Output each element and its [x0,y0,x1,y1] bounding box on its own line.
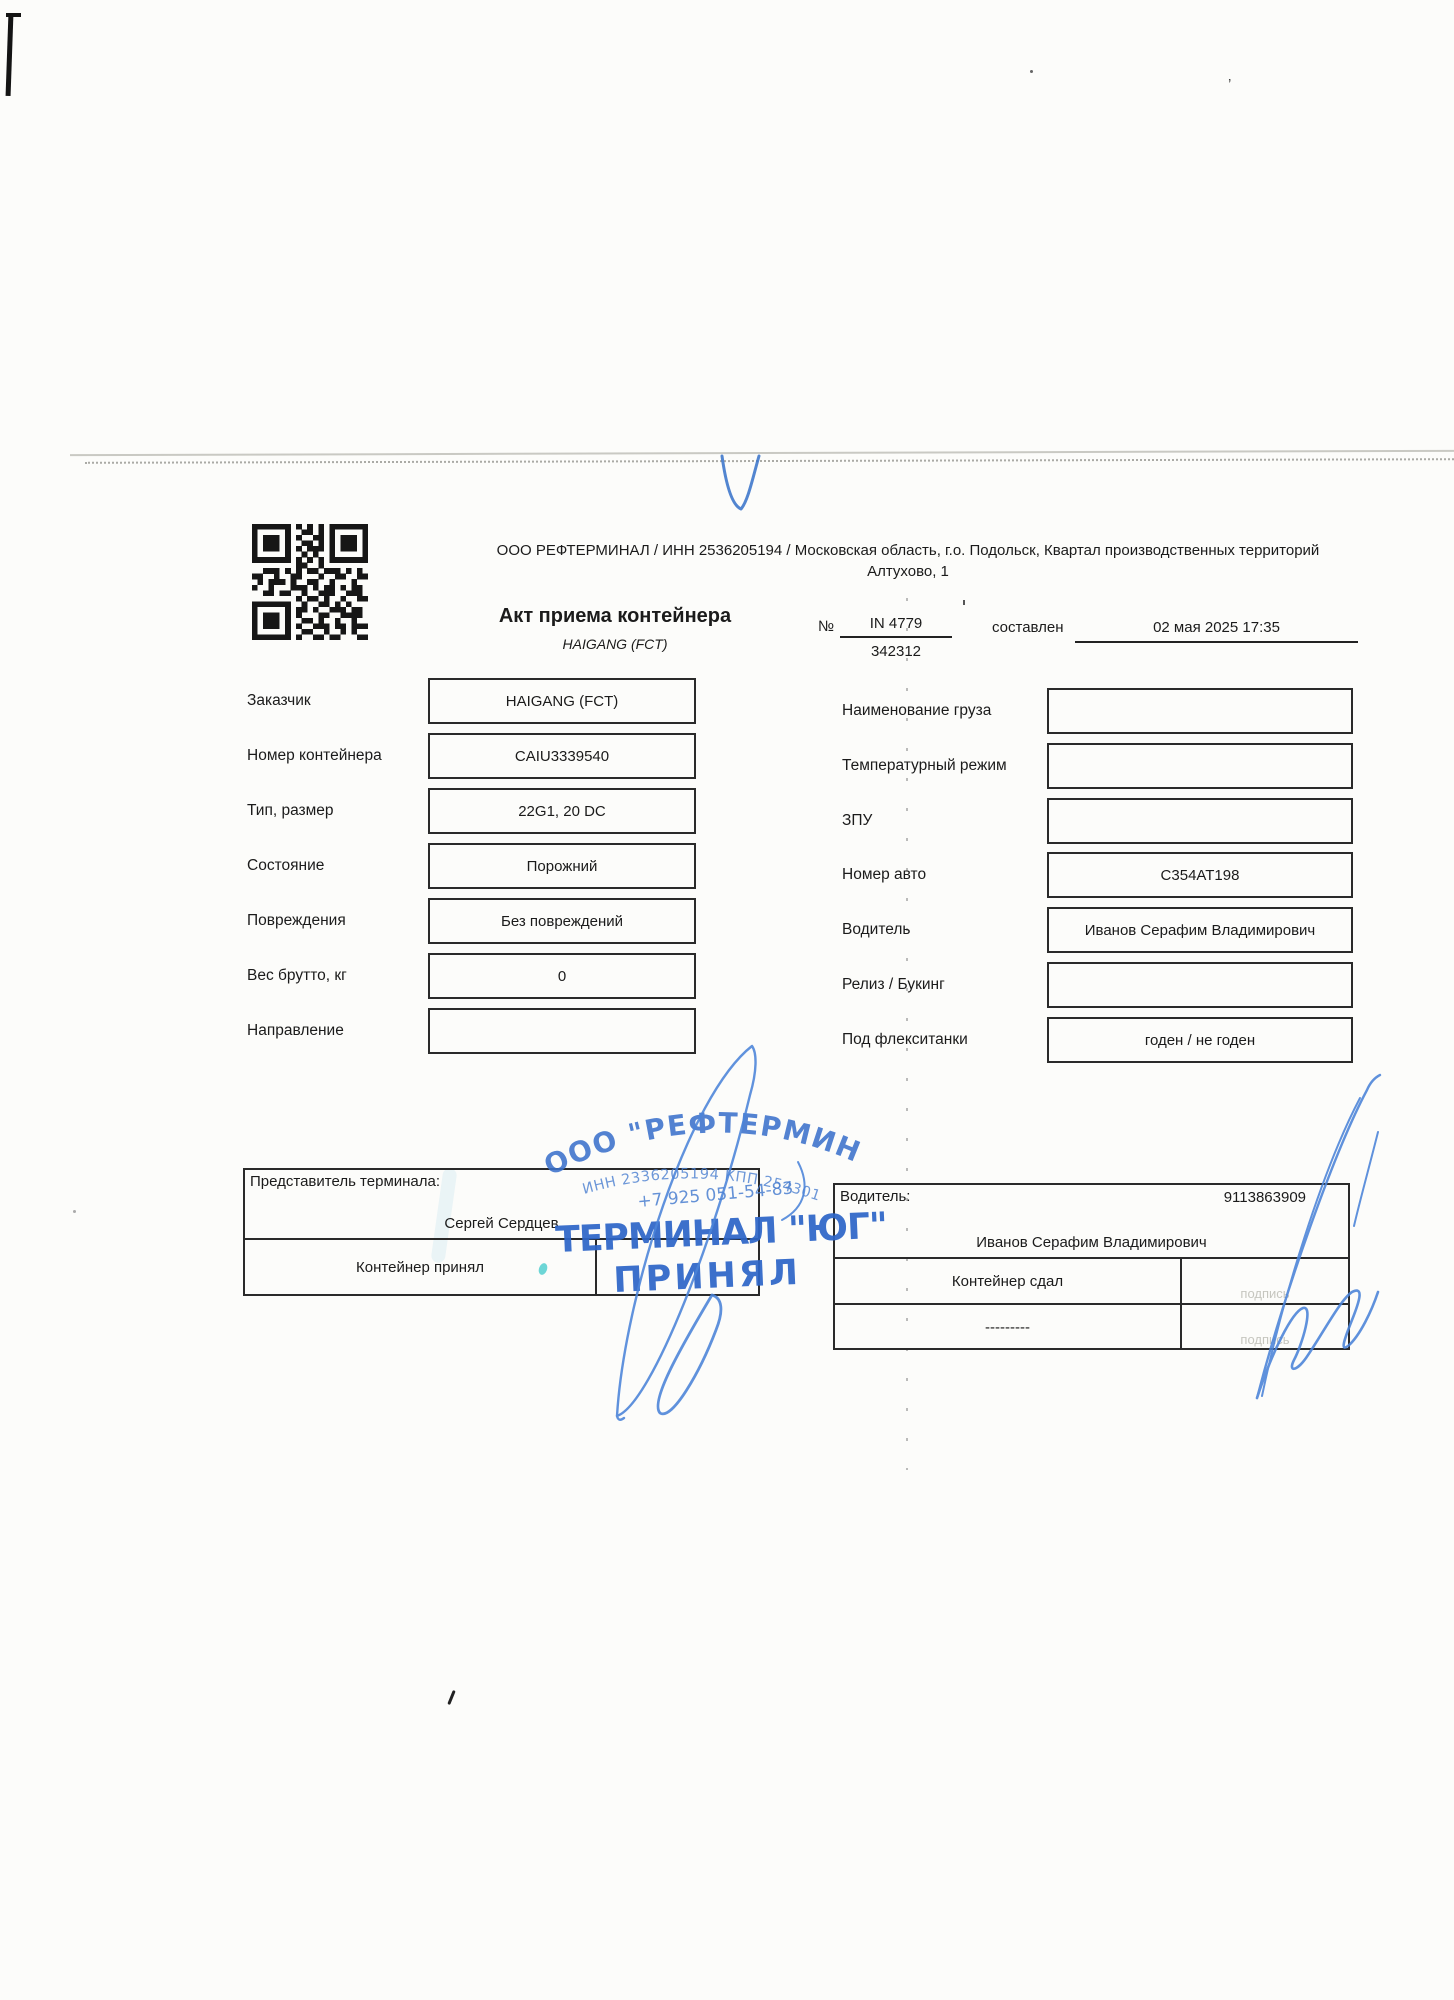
field-value-box: годен / не годен [1047,1017,1353,1063]
container-handed-label: Контейнер сдал [835,1259,1182,1303]
dashes-cell: --------- [835,1305,1182,1349]
company-header-line1: ООО РЕФТЕРМИНАЛ / ИНН 2536205194 / Моско… [370,540,1446,561]
field-value-box [1047,962,1353,1008]
terminal-signature-cell [597,1240,758,1294]
ink-speck [73,1210,76,1213]
terminal-representative-title: Представитель терминала: [250,1173,440,1190]
pen-driver-stroke-3 [1354,1132,1378,1226]
driver-cell: Водитель: 9113863909 Иванов Серафим Влад… [835,1185,1348,1257]
field-row-type-size: Тип, размер 22G1, 20 DC [247,788,767,834]
field-row-condition: Состояние Порожний [247,843,767,889]
field-value: годен / не годен [1145,1032,1255,1049]
scan-corner-mark [6,14,14,96]
document-title: Акт приема контейнера [455,605,775,628]
pen-hook [782,1162,805,1220]
field-row-truck-number: Номер авто С354АТ198 [842,852,1362,898]
field-value: Без повреждений [501,913,623,930]
field-label: Направление [247,1022,344,1040]
terminal-action-row: Контейнер принял [245,1238,758,1294]
scan-dotted-line-artifact [85,458,1454,464]
driver-table: Водитель: 9113863909 Иванов Серафим Влад… [833,1183,1350,1350]
scanned-document-page: ’ ООО РЕФТЕРМИНАЛ / ИНН 2536205194 / Мос… [0,0,1454,2000]
field-value: Иванов Серафим Владимирович [1085,922,1316,939]
field-value-box: 22G1, 20 DC [428,788,696,834]
driver-title: Водитель: [840,1188,910,1205]
document-subtitle: HAIGANG (FCT) [455,636,775,652]
field-label: Температурный режим [842,757,1007,775]
composed-datetime: 02 мая 2025 17:35 [1075,619,1358,636]
field-row-container-number: Номер контейнера CAIU3339540 [247,733,767,779]
scan-corner-mark-top [6,13,21,17]
field-value-box [1047,743,1353,789]
field-label: Водитель [842,921,910,939]
field-label: Повреждения [247,912,346,930]
ink-speck [1030,70,1033,73]
field-label: Под флекситанки [842,1031,968,1049]
field-label: Наименование груза [842,702,991,720]
field-value-box: 0 [428,953,696,999]
field-row-direction: Направление [247,1008,767,1054]
pen-vee-mark [722,456,759,509]
field-row-release-booking: Релиз / Букинг [842,962,1362,1008]
field-row-temperature: Температурный режим [842,743,1362,789]
field-label: Вес брутто, кг [247,967,347,985]
field-label: Номер контейнера [247,747,382,765]
scan-line-artifact [70,450,1454,456]
terminal-representative-cell: Представитель терминала: Сергей Сердцев [245,1170,758,1238]
driver-signature-cell-1: подпись [1182,1259,1348,1303]
field-row-flexitank: Под флекситанки годен / не годен [842,1017,1362,1063]
field-value-box: Без повреждений [428,898,696,944]
ink-speck: ’ [1228,76,1231,93]
field-value-box [428,1008,696,1054]
field-row-seal: ЗПУ [842,798,1362,844]
pen-inner-loop [658,1295,721,1414]
field-value-box: Порожний [428,843,696,889]
field-value: Порожний [527,858,598,875]
field-value-box: С354АТ198 [1047,852,1353,898]
field-row-customer: Заказчик HAIGANG (FCT) [247,678,767,724]
field-value-box: HAIGANG (FCT) [428,678,696,724]
field-label: Состояние [247,857,324,875]
field-value: HAIGANG (FCT) [506,693,619,710]
field-row-damage: Повреждения Без повреждений [247,898,767,944]
driver-action-row: Контейнер сдал подпись [835,1257,1348,1303]
field-row-driver: Водитель Иванов Серафим Владимирович [842,907,1362,953]
doc-number-secondary: 342312 [840,643,952,660]
field-value-box [1047,688,1353,734]
field-label: ЗПУ [842,812,872,830]
field-label: Релиз / Букинг [842,976,945,994]
driver-name: Иванов Серафим Владимирович [835,1234,1348,1251]
field-row-gross-weight: Вес брутто, кг 0 [247,953,767,999]
field-row-cargo-name: Наименование груза [842,688,1362,734]
pen-tick-mark [447,1690,455,1705]
signature-placeholder: подпись [1182,1332,1348,1347]
field-label: Номер авто [842,866,926,884]
field-label: Тип, размер [247,802,334,820]
ink-speck [963,600,965,605]
company-header: ООО РЕФТЕРМИНАЛ / ИНН 2536205194 / Моско… [370,540,1446,582]
doc-number-value: IN 4779 [840,615,952,632]
field-value-box [1047,798,1353,844]
driver-signature-cell-2: подпись [1182,1305,1348,1349]
qr-code [252,523,368,641]
field-value-box: Иванов Серафим Владимирович [1047,907,1353,953]
terminal-representative-table: Представитель терминала: Сергей Сердцев … [243,1168,760,1296]
field-value: 0 [558,968,566,985]
terminal-representative-name: Сергей Сердцев [245,1215,758,1232]
company-header-line2: Алтухово, 1 [370,561,1446,582]
field-value: 22G1, 20 DC [518,803,606,820]
pen-loop-tail [617,1416,624,1420]
stamp-org-arc: ООО "РЕФТЕРМИНАЛ" [0,0,866,1182]
doc-number-label: № [818,618,834,635]
driver-phone: 9113863909 [1224,1189,1306,1206]
field-value: С354АТ198 [1161,867,1240,884]
composed-label: составлен [992,619,1064,636]
field-value-box: CAIU3339540 [428,733,696,779]
field-label: Заказчик [247,692,311,710]
driver-dashes-row: --------- подпись [835,1303,1348,1349]
field-value: CAIU3339540 [515,748,609,765]
signature-placeholder: подпись [1182,1286,1348,1301]
container-accepted-label: Контейнер принял [245,1240,597,1294]
